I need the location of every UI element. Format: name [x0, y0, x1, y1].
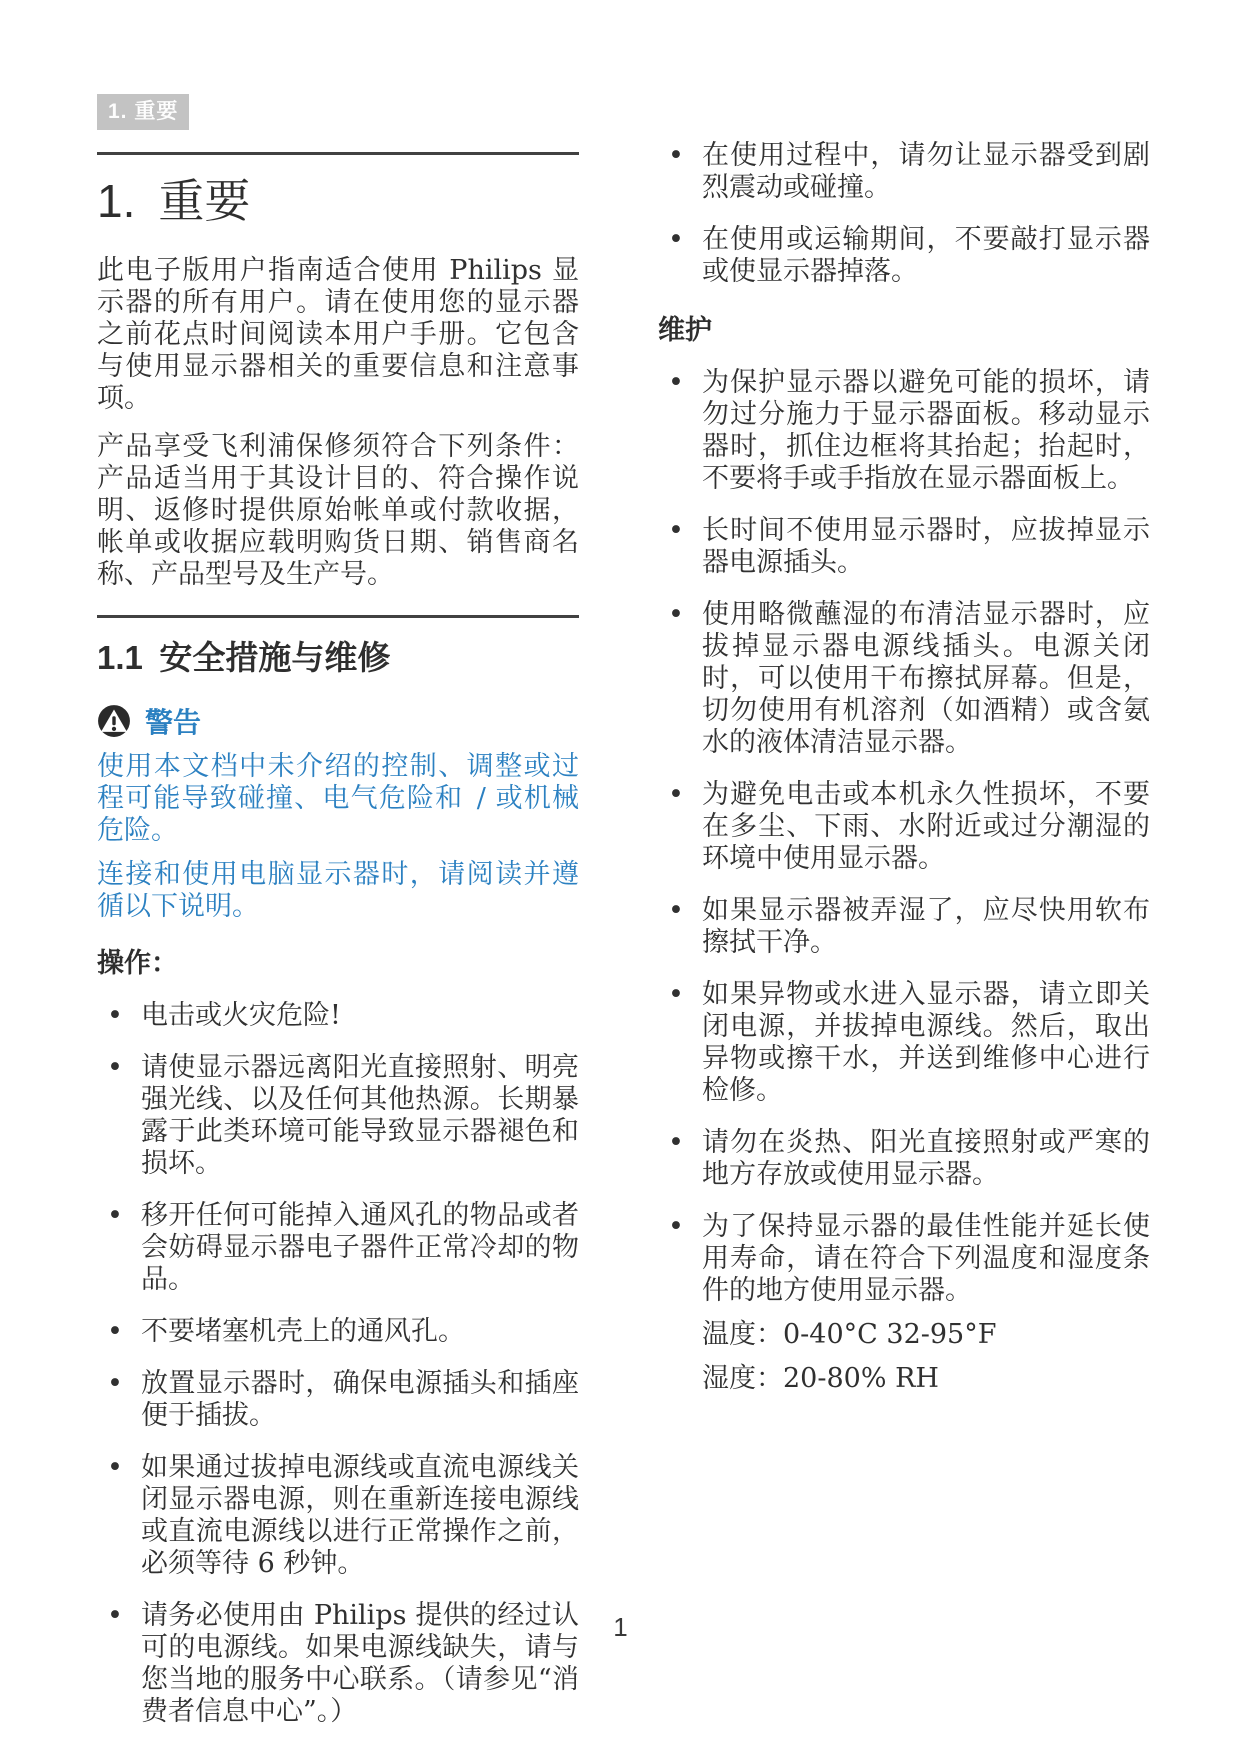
list-item: 请使显示器远离阳光直接照射、明亮强光线、以及任何其他热源。长期暴露于此类环境可能…: [97, 1052, 579, 1180]
left-column: 1. 重要 此电子版用户指南适合使用 Philips 显示器的所有用户。请在使用…: [97, 152, 579, 1748]
chapter-heading: 1. 重要: [97, 165, 579, 231]
intro-paragraph: 此电子版用户指南适合使用 Philips 显示器的所有用户。请在使用您的显示器之…: [97, 255, 579, 415]
list-item: 如果显示器被弄湿了，应尽快用软布擦拭干净。: [658, 895, 1150, 959]
warning-text: 连接和使用电脑显示器时，请阅读并遵循以下说明。: [97, 859, 579, 923]
list-item: 如果异物或水进入显示器，请立即关闭电源，并拔掉电源线。然后，取出异物或擦干水，并…: [658, 979, 1150, 1107]
humidity-spec: 湿度：20-80% RH: [702, 1363, 1150, 1395]
section-heading: 1.1 安全措施与维修: [97, 632, 579, 679]
maintenance-heading: 维护: [658, 308, 1150, 347]
list-item: 使用略微蘸湿的布清洁显示器时，应拔掉显示器电源线插头。电源关闭时，可以使用干布擦…: [658, 599, 1150, 759]
temperature-spec: 温度：0-40°C 32-95°F: [702, 1319, 1150, 1351]
list-item: 电击或火灾危险!: [97, 1000, 579, 1032]
list-item: 长时间不使用显示器时，应拔掉显示器电源插头。: [658, 515, 1150, 579]
maintenance-list: 为保护显示器以避免可能的损坏，请勿过分施力于显示器面板。移动显示器时，抓住边框将…: [658, 367, 1150, 1395]
list-item: 为保护显示器以避免可能的损坏，请勿过分施力于显示器面板。移动显示器时，抓住边框将…: [658, 367, 1150, 495]
section-rule: [97, 615, 579, 618]
warning-text: 使用本文档中未介绍的控制、调整或过程可能导致碰撞、电气危险和 / 或机械危险。: [97, 751, 579, 847]
warranty-paragraph: 产品享受飞利浦保修须符合下列条件：产品适当用于其设计目的、符合操作说明、返修时提…: [97, 431, 579, 591]
list-item: 在使用或运输期间，不要敲打显示器或使显示器掉落。: [658, 224, 1150, 288]
right-column: 在使用过程中，请勿让显示器受到剧烈震动或碰撞。 在使用或运输期间，不要敲打显示器…: [658, 140, 1150, 1415]
list-item: 放置显示器时，确保电源插头和插座便于插拔。: [97, 1368, 579, 1432]
warning-header: 警告: [97, 701, 579, 741]
operation-list-continued: 在使用过程中，请勿让显示器受到剧烈震动或碰撞。 在使用或运输期间，不要敲打显示器…: [658, 140, 1150, 288]
list-item: 为了保持显示器的最佳性能并延长使用寿命，请在符合下列温度和湿度条件的地方使用显示…: [658, 1211, 1150, 1395]
list-item: 在使用过程中，请勿让显示器受到剧烈震动或碰撞。: [658, 140, 1150, 204]
list-item: 移开任何可能掉入通风孔的物品或者会妨碍显示器电子器件正常冷却的物品。: [97, 1200, 579, 1296]
list-item: 请勿在炎热、阳光直接照射或严寒的地方存放或使用显示器。: [658, 1127, 1150, 1191]
list-item: 不要堵塞机壳上的通风孔。: [97, 1316, 579, 1348]
warning-label: 警告: [145, 701, 201, 741]
operation-heading: 操作：: [97, 941, 579, 980]
list-item-text: 为了保持显示器的最佳性能并延长使用寿命，请在符合下列温度和湿度条件的地方使用显示…: [702, 1211, 1150, 1306]
chapter-rule: [97, 152, 579, 155]
list-item: 为避免电击或本机永久性损坏，不要在多尘、下雨、水附近或过分潮湿的环境中使用显示器…: [658, 779, 1150, 875]
warning-icon: [97, 704, 131, 738]
running-header-badge: 1. 重要: [97, 94, 189, 130]
manual-page: 1. 重要 1. 重要 此电子版用户指南适合使用 Philips 显示器的所有用…: [0, 0, 1241, 1754]
page-number: 1: [0, 1612, 1241, 1643]
list-item: 如果通过拔掉电源线或直流电源线关闭显示器电源，则在重新连接电源线或直流电源线以进…: [97, 1452, 579, 1580]
